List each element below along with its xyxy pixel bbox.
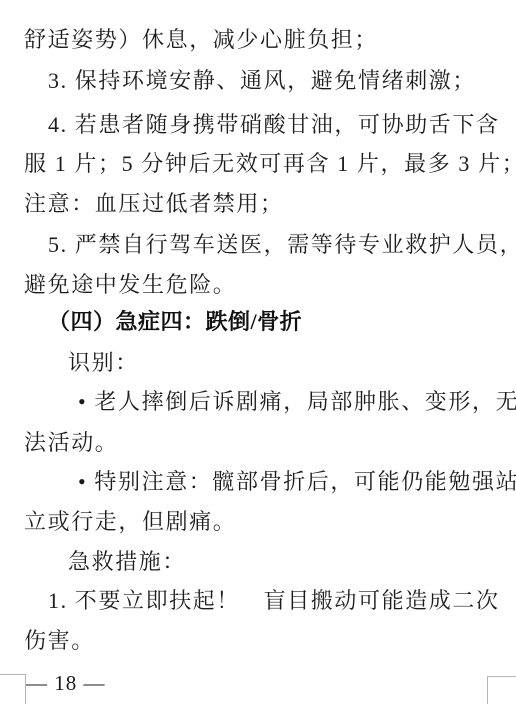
body-line: 服 1 片；5 分钟后无效可再含 1 片，最多 3 片；: [24, 144, 516, 184]
crop-mark-bottom-left-horizontal: [0, 674, 26, 675]
body-line: 舒适姿势）休息，减少心脏负担；: [24, 20, 378, 60]
label-line: 识别：: [68, 343, 139, 383]
body-line: 注意：血压过低者禁用；: [24, 184, 284, 224]
list-item-4: 4. 若患者随身携带硝酸甘油，可协助舌下含: [48, 105, 500, 145]
document-page: 舒适姿势）休息，减少心脏负担； 3. 保持环境安静、通风，避免情绪刺激； 4. …: [0, 0, 516, 704]
page-number: — 18 —: [26, 668, 106, 698]
list-item-1: 1. 不要立即扶起！ 盲目搬动可能造成二次: [48, 581, 500, 621]
bullet-item: • 老人摔倒后诉剧痛，局部肿胀、变形，无: [78, 382, 516, 422]
body-line: 法活动。: [24, 423, 118, 463]
label-line: 急救措施：: [68, 542, 186, 582]
crop-mark-bottom-left-vertical: [25, 674, 26, 704]
body-line: 伤害。: [24, 621, 95, 661]
crop-mark-bottom-right-horizontal: [487, 676, 516, 677]
list-item-5: 5. 严禁自行驾车送医，需等待专业救护人员，: [48, 225, 516, 265]
body-line: 避免途中发生危险。: [24, 265, 236, 305]
bullet-item: • 特别注意：髋部骨折后，可能仍能勉强站: [78, 462, 516, 502]
crop-mark-bottom-right-vertical: [487, 676, 488, 704]
body-line: 立或行走，但剧痛。: [24, 502, 236, 542]
section-heading: （四）急症四：跌倒/骨折: [48, 302, 302, 342]
list-item-3: 3. 保持环境安静、通风，避免情绪刺激；: [48, 61, 476, 101]
